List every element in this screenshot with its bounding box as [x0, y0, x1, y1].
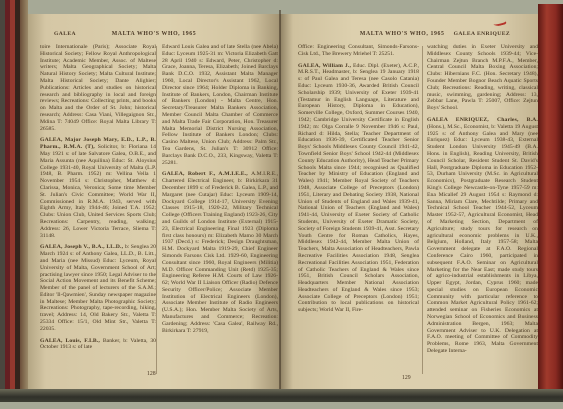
directory-entry: Edward Louis Galea and of late Stella (n…	[162, 44, 278, 166]
book-scan: GALEA MALTA WHO'S WHO, 1965 toire Intern…	[0, 0, 563, 409]
directory-entry: watching duties in Exeter University and…	[427, 44, 538, 112]
text-column-left-2: Edward Louis Galea and of late Stella (n…	[162, 44, 278, 378]
directory-entry: GALEA, Joseph V., B.A., LL.D., b: Sengle…	[40, 244, 156, 332]
directory-entry: GALEA, Louis, F.I.B., Banker, b: Valetta…	[40, 338, 156, 352]
entry-name: GALEA, Robert F., A.M.I.E.E.,	[162, 171, 251, 177]
directory-entry: GALEA, Major Joseph Mary, E.D., L.P., B.…	[40, 137, 156, 239]
directory-entry: GALEA ENRIQUEZ, Charles, B.A. (Hons.), M…	[427, 117, 538, 355]
left-page: GALEA MALTA WHO'S WHO, 1965 toire Intern…	[28, 14, 280, 390]
right-page: MALTA WHO'S WHO, 1965 GALEA ENRIQUEZ Off…	[280, 14, 540, 390]
text-column-right-1: Office: Engineering Consultant, Simonds-…	[298, 44, 419, 378]
running-head-right: GALEA ENRIQUEZ	[454, 31, 510, 37]
scanner-background	[0, 402, 563, 409]
page-number-right: 129	[402, 375, 411, 381]
entry-name: GALEA, Joseph V., B.A., LL.D.,	[40, 244, 125, 250]
directory-entry: GALEA, Robert F., A.M.I.E.E., A.M.I.R.E.…	[162, 171, 278, 334]
page-title-right: MALTA WHO'S WHO, 1965	[360, 31, 445, 37]
book-spine-stripe	[20, 0, 28, 395]
entry-name: GALEA ENRIQUEZ, Charles, B.A.	[427, 117, 538, 123]
column-rule	[422, 46, 423, 374]
entry-name: GALEA, Louis, F.I.B.,	[40, 338, 103, 344]
book-gutter	[279, 10, 281, 390]
text-column-right-2: watching duties in Exeter University and…	[427, 44, 538, 378]
directory-entry: GALEA, William J., Educ. Dipl. (Exeter),…	[298, 63, 419, 314]
book-cover-edge	[538, 4, 563, 400]
page-number-left: 128	[147, 371, 156, 377]
text-column-left-1: toire Internationale (Paris); Associate …	[40, 44, 156, 378]
page-title-left: MALTA WHO'S WHO, 1965	[112, 31, 197, 37]
entry-name: GALEA, Major Joseph Mary, E.D., L.P., B.…	[40, 137, 156, 150]
directory-entry: toire Internationale (Paris); Associate …	[40, 44, 156, 132]
column-rule	[156, 46, 157, 374]
book-shadow	[0, 389, 563, 402]
directory-entry: Office: Engineering Consultant, Simonds-…	[298, 44, 419, 58]
entry-name: GALEA, William J.,	[298, 63, 353, 69]
red-pen-mark	[489, 17, 509, 27]
running-head-left: GALEA	[54, 31, 76, 37]
